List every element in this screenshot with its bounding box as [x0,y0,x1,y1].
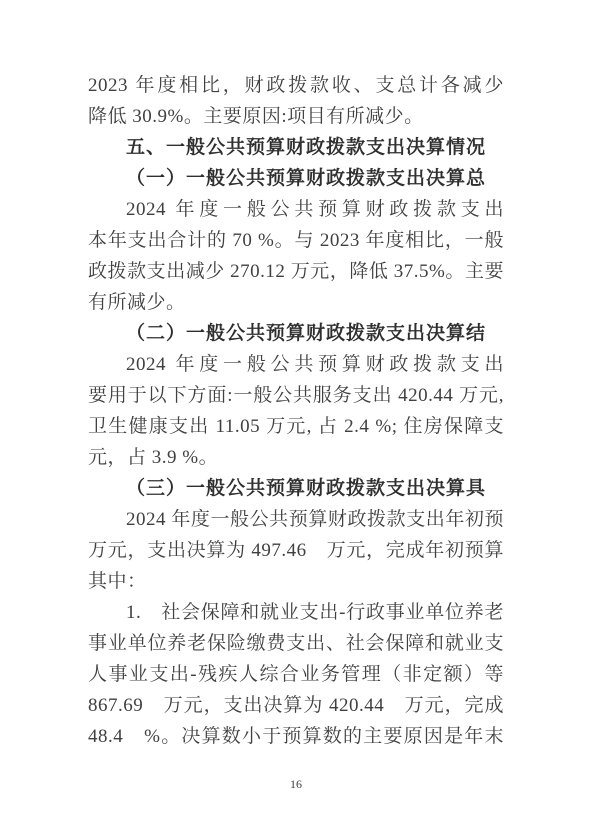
document-page: 2023 年度相比，财政拨款收、支总计各减少 223.37 万元， 降低 30.… [0,0,592,836]
list-item-line: 1. 社会保障和就业支出-行政事业单位养老支出-机关 [88,597,504,628]
paragraph-line: 事业单位养老保险缴费支出、社会保障和就业支出-其他残疾 [88,628,504,659]
subsection-heading: （二）一般公共预算财政拨款支出决算结构情况 [88,318,504,349]
paragraph-line: 政拨款支出减少 270.12 万元，降低 37.5%。主要原因：项目 [88,256,504,287]
paragraph-line: 867.69 万元，支出决算为 420.44 万元，完成年初预算的 [88,690,504,721]
paragraph-line: 本年支出合计的 70 %。与 2023 年度相比，一般公共预算财 [88,225,504,256]
paragraph-line: 卫生健康支出 11.05 万元, 占 2.4 %; 住房保障支出 17.94 万 [88,411,504,442]
paragraph-line: 其中： [88,566,504,597]
subsection-heading: （一）一般公共预算财政拨款支出决算总体情况 [88,163,504,194]
paragraph-line: 人事业支出-残疾人综合业务管理（非定额）等年初预算为 [88,659,504,690]
paragraph-line: 元，占 3.9 %。 [88,442,504,473]
paragraph-line: 2024 年度一般公共预算财政拨款支出 449.43 万元，占 [88,194,504,225]
paragraph-line: 有所减少。 [88,287,504,318]
paragraph-line: 2023 年度相比，财政拨款收、支总计各减少 223.37 万元， [88,70,504,101]
document-body: 2023 年度相比，财政拨款收、支总计各减少 223.37 万元， 降低 30.… [88,70,504,752]
paragraph-line: 降低 30.9%。主要原因:项目有所减少。 [88,101,504,132]
paragraph-line: 万元，支出决算为 497.46 万元，完成年初预算的 55 %。 [88,535,504,566]
paragraph-line: 要用于以下方面:一般公共服务支出 420.44 万元, 占 93.5 %； [88,380,504,411]
page-number: 16 [0,776,592,792]
paragraph-line: 2024 年度一般公共预算财政拨款支出 449.43 万元，主 [88,349,504,380]
subsection-heading: （三）一般公共预算财政拨款支出决算具体情况 [88,473,504,504]
paragraph-line: 48.4 %。决算数小于预算数的主要原因是年末财政封账， [88,721,504,752]
paragraph-line: 2024 年度一般公共预算财政拨款支出年初预算为 898 [88,504,504,535]
section-heading: 五、一般公共预算财政拨款支出决算情况说明 [88,132,504,163]
